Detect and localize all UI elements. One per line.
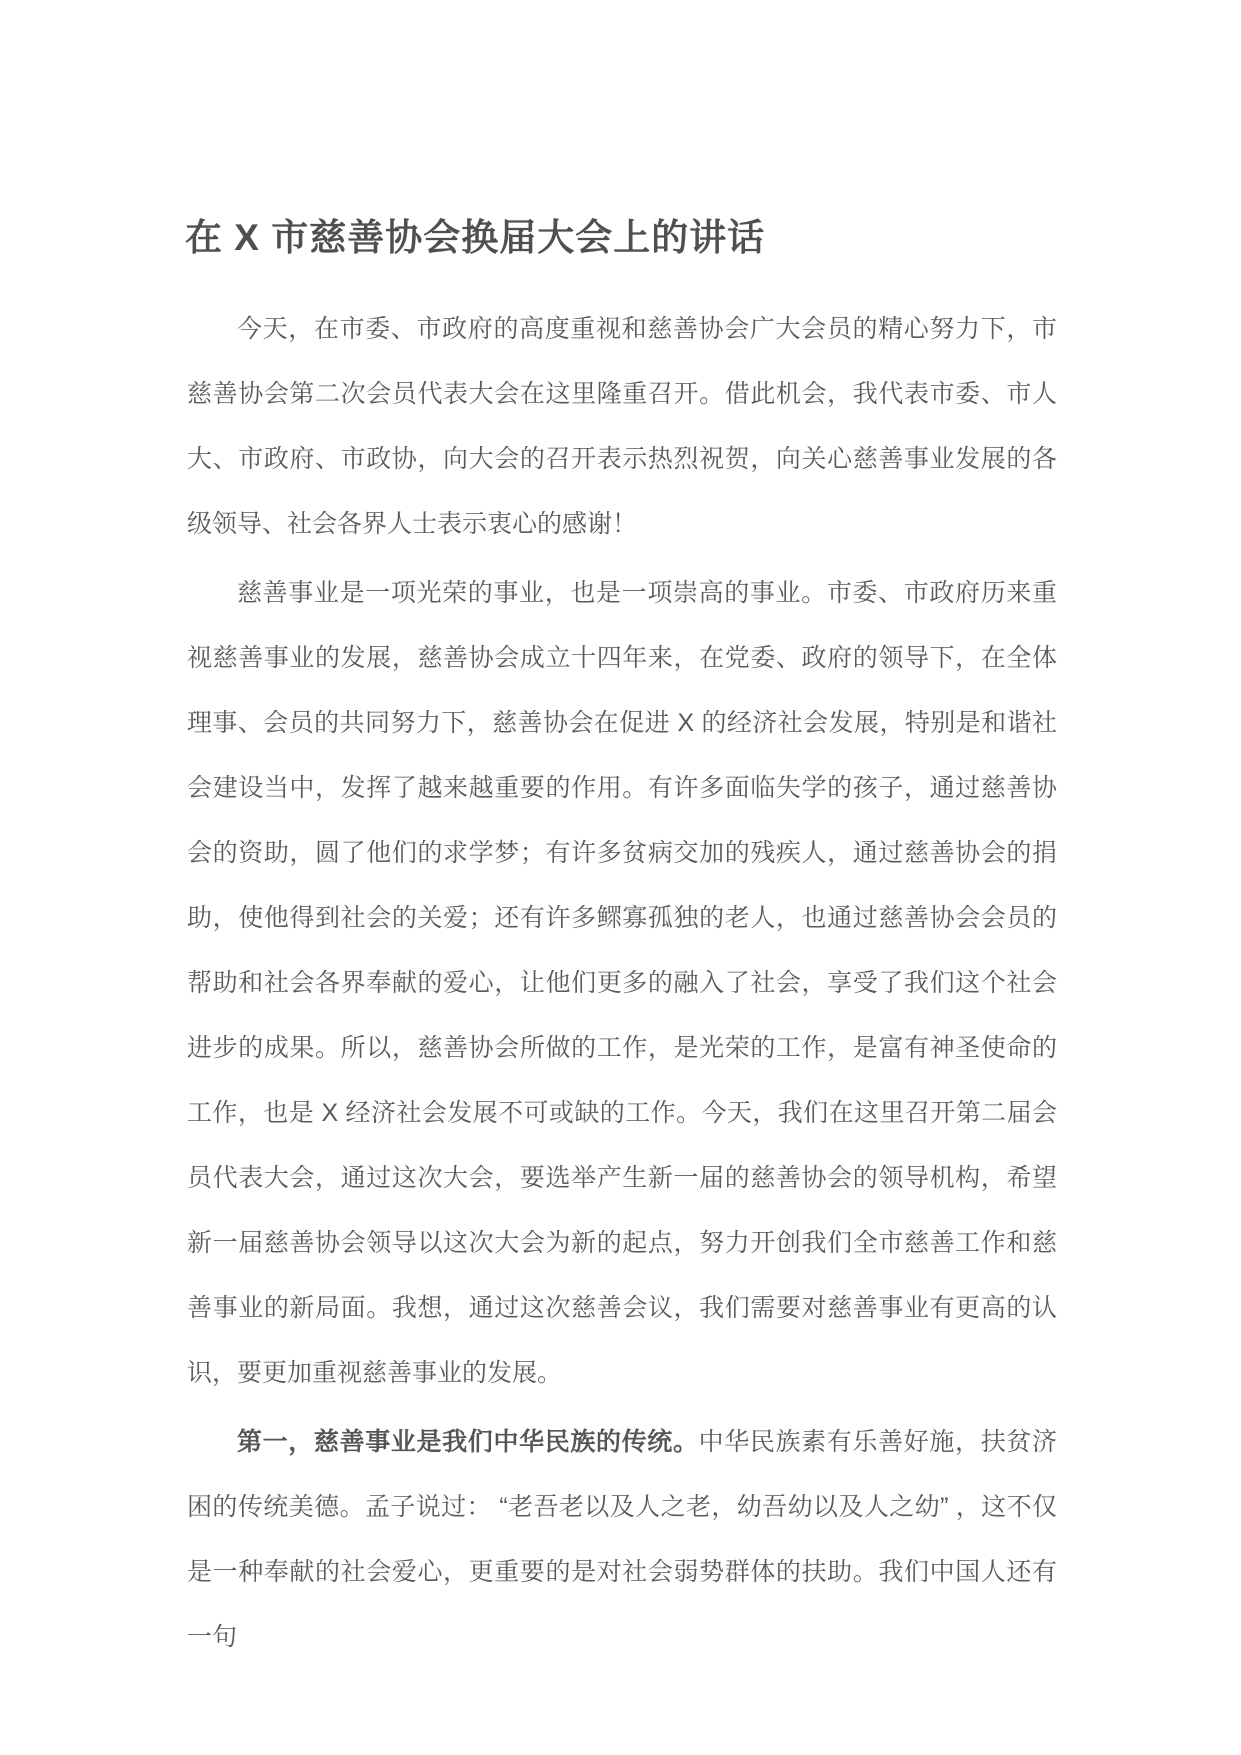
paragraph-text: 今天，在市委、市政府的高度重视和慈善协会广大会员的精心努力下，市慈善协会第二次会… [187, 315, 1057, 538]
document-body: 今天，在市委、市政府的高度重视和慈善协会广大会员的精心努力下，市慈善协会第二次会… [187, 297, 1057, 1674]
paragraph-text: 中华民族素有乐善好施，扶贫济困的传统美德。孟子说过： “老吾老以及人之老，幼吾幼… [187, 1428, 1057, 1651]
paragraph-text: 慈善事业是一项光荣的事业，也是一项崇高的事业。市委、市政府历来重视慈善事业的发展… [187, 579, 1057, 1387]
paragraph-lead: 第一，慈善事业是我们中华民族的传统。 [237, 1428, 699, 1456]
paragraph: 今天，在市委、市政府的高度重视和慈善协会广大会员的精心努力下，市慈善协会第二次会… [187, 297, 1057, 557]
document-page: 在 X 市慈善协会换届大会上的讲话 今天，在市委、市政府的高度重视和慈善协会广大… [0, 0, 1241, 1755]
paragraph: 慈善事业是一项光荣的事业，也是一项崇高的事业。市委、市政府历来重视慈善事业的发展… [187, 561, 1057, 1406]
paragraph: 第一，慈善事业是我们中华民族的传统。中华民族素有乐善好施，扶贫济困的传统美德。孟… [187, 1410, 1057, 1670]
document-title: 在 X 市慈善协会换届大会上的讲话 [185, 215, 765, 261]
